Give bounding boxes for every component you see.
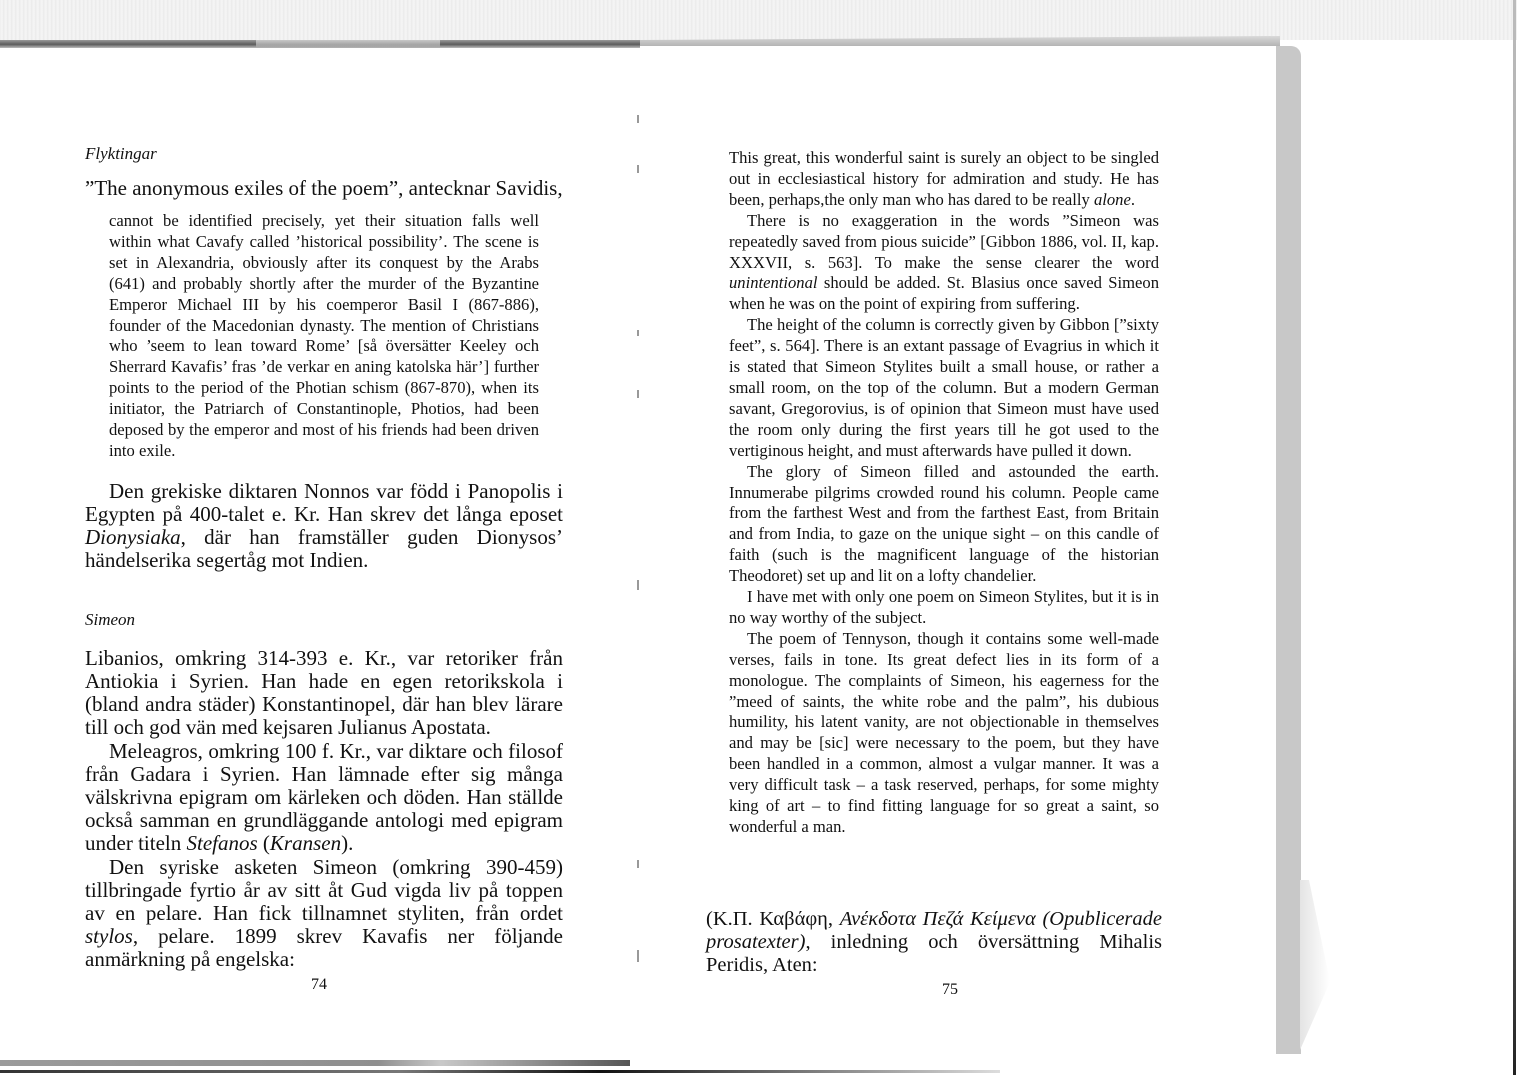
gutter-mark [637,950,639,962]
left-page: Flyktingar ”The anonymous exiles of the … [85,143,563,972]
scan-bottom-line [0,1070,1000,1073]
italic-title: Dionysiaka [85,525,181,549]
paragraph-great-saint: This great, this wonderful saint is sure… [729,148,1159,211]
block-quote-savidis: cannot be identified precisely, yet thei… [109,211,539,462]
paragraph-one-poem: I have met with only one poem on Simeon … [729,587,1159,629]
text: (Κ.Π. Καβάφη, [706,908,840,930]
gutter-mark [637,580,639,590]
gutter-mark [637,860,639,868]
text: , pelare. 1899 skrev Kavafis ner följand… [85,924,563,971]
page-number-right: 75 [942,980,958,1000]
italic-word: stylos [85,924,133,948]
gutter-mark [637,165,639,173]
gutter-mark [637,390,639,398]
right-page: This great, this wonderful saint is sure… [729,148,1159,838]
lead-sentence: ”The anonymous exiles of the poem”, ante… [85,176,563,201]
paragraph-tennyson: The poem of Tennyson, though it contains… [729,629,1159,838]
scan-bottom-band [0,1060,630,1066]
text: ). [341,831,353,855]
gutter-mark [637,115,639,123]
text: Den syriske asketen Simeon (omkring 390-… [85,855,563,925]
right-page-shadow-fade [1300,880,1330,1050]
section-title-simeon: Simeon [85,609,563,631]
text: . [1131,190,1135,209]
paragraph-libanios: Libanios, omkring 314-393 e. Kr., var re… [85,647,563,740]
italic-word: unintentional [729,273,818,292]
page-number-left: 74 [311,975,327,995]
paragraph-nonnos: Den grekiske diktaren Nonnos var född i … [85,480,563,573]
gutter-mark [637,330,639,336]
text: Den grekiske diktaren Nonnos var född i … [85,479,563,526]
paragraph-exaggeration: There is no exaggeration in the words ”S… [729,211,1159,316]
scan-right-border [1513,0,1516,1075]
paragraph-simeon: Den syriske asketen Simeon (omkring 390-… [85,856,563,972]
italic-title: Kransen [270,831,341,855]
scan-top-band [0,0,1517,40]
text: There is no exaggeration in the words ”S… [729,211,1159,272]
italic-title: Stefanos [186,831,257,855]
italic-word: alone [1094,190,1131,209]
paragraph-meleagros: Meleagros, omkring 100 f. Kr., var dikta… [85,740,563,856]
paragraph-glory: The glory of Simeon filled and astounded… [729,462,1159,587]
left-page-top-edge-highlight [256,40,440,47]
section-title-flyktingar: Flyktingar [85,143,563,165]
source-reference: (Κ.Π. Καβάφη, Ανέκδοτα Πεζά Κείμενα (Opu… [706,908,1162,977]
right-page-edge-shadow [1276,46,1301,1054]
paragraph-column-height: The height of the column is correctly gi… [729,315,1159,461]
text: ( [258,831,270,855]
